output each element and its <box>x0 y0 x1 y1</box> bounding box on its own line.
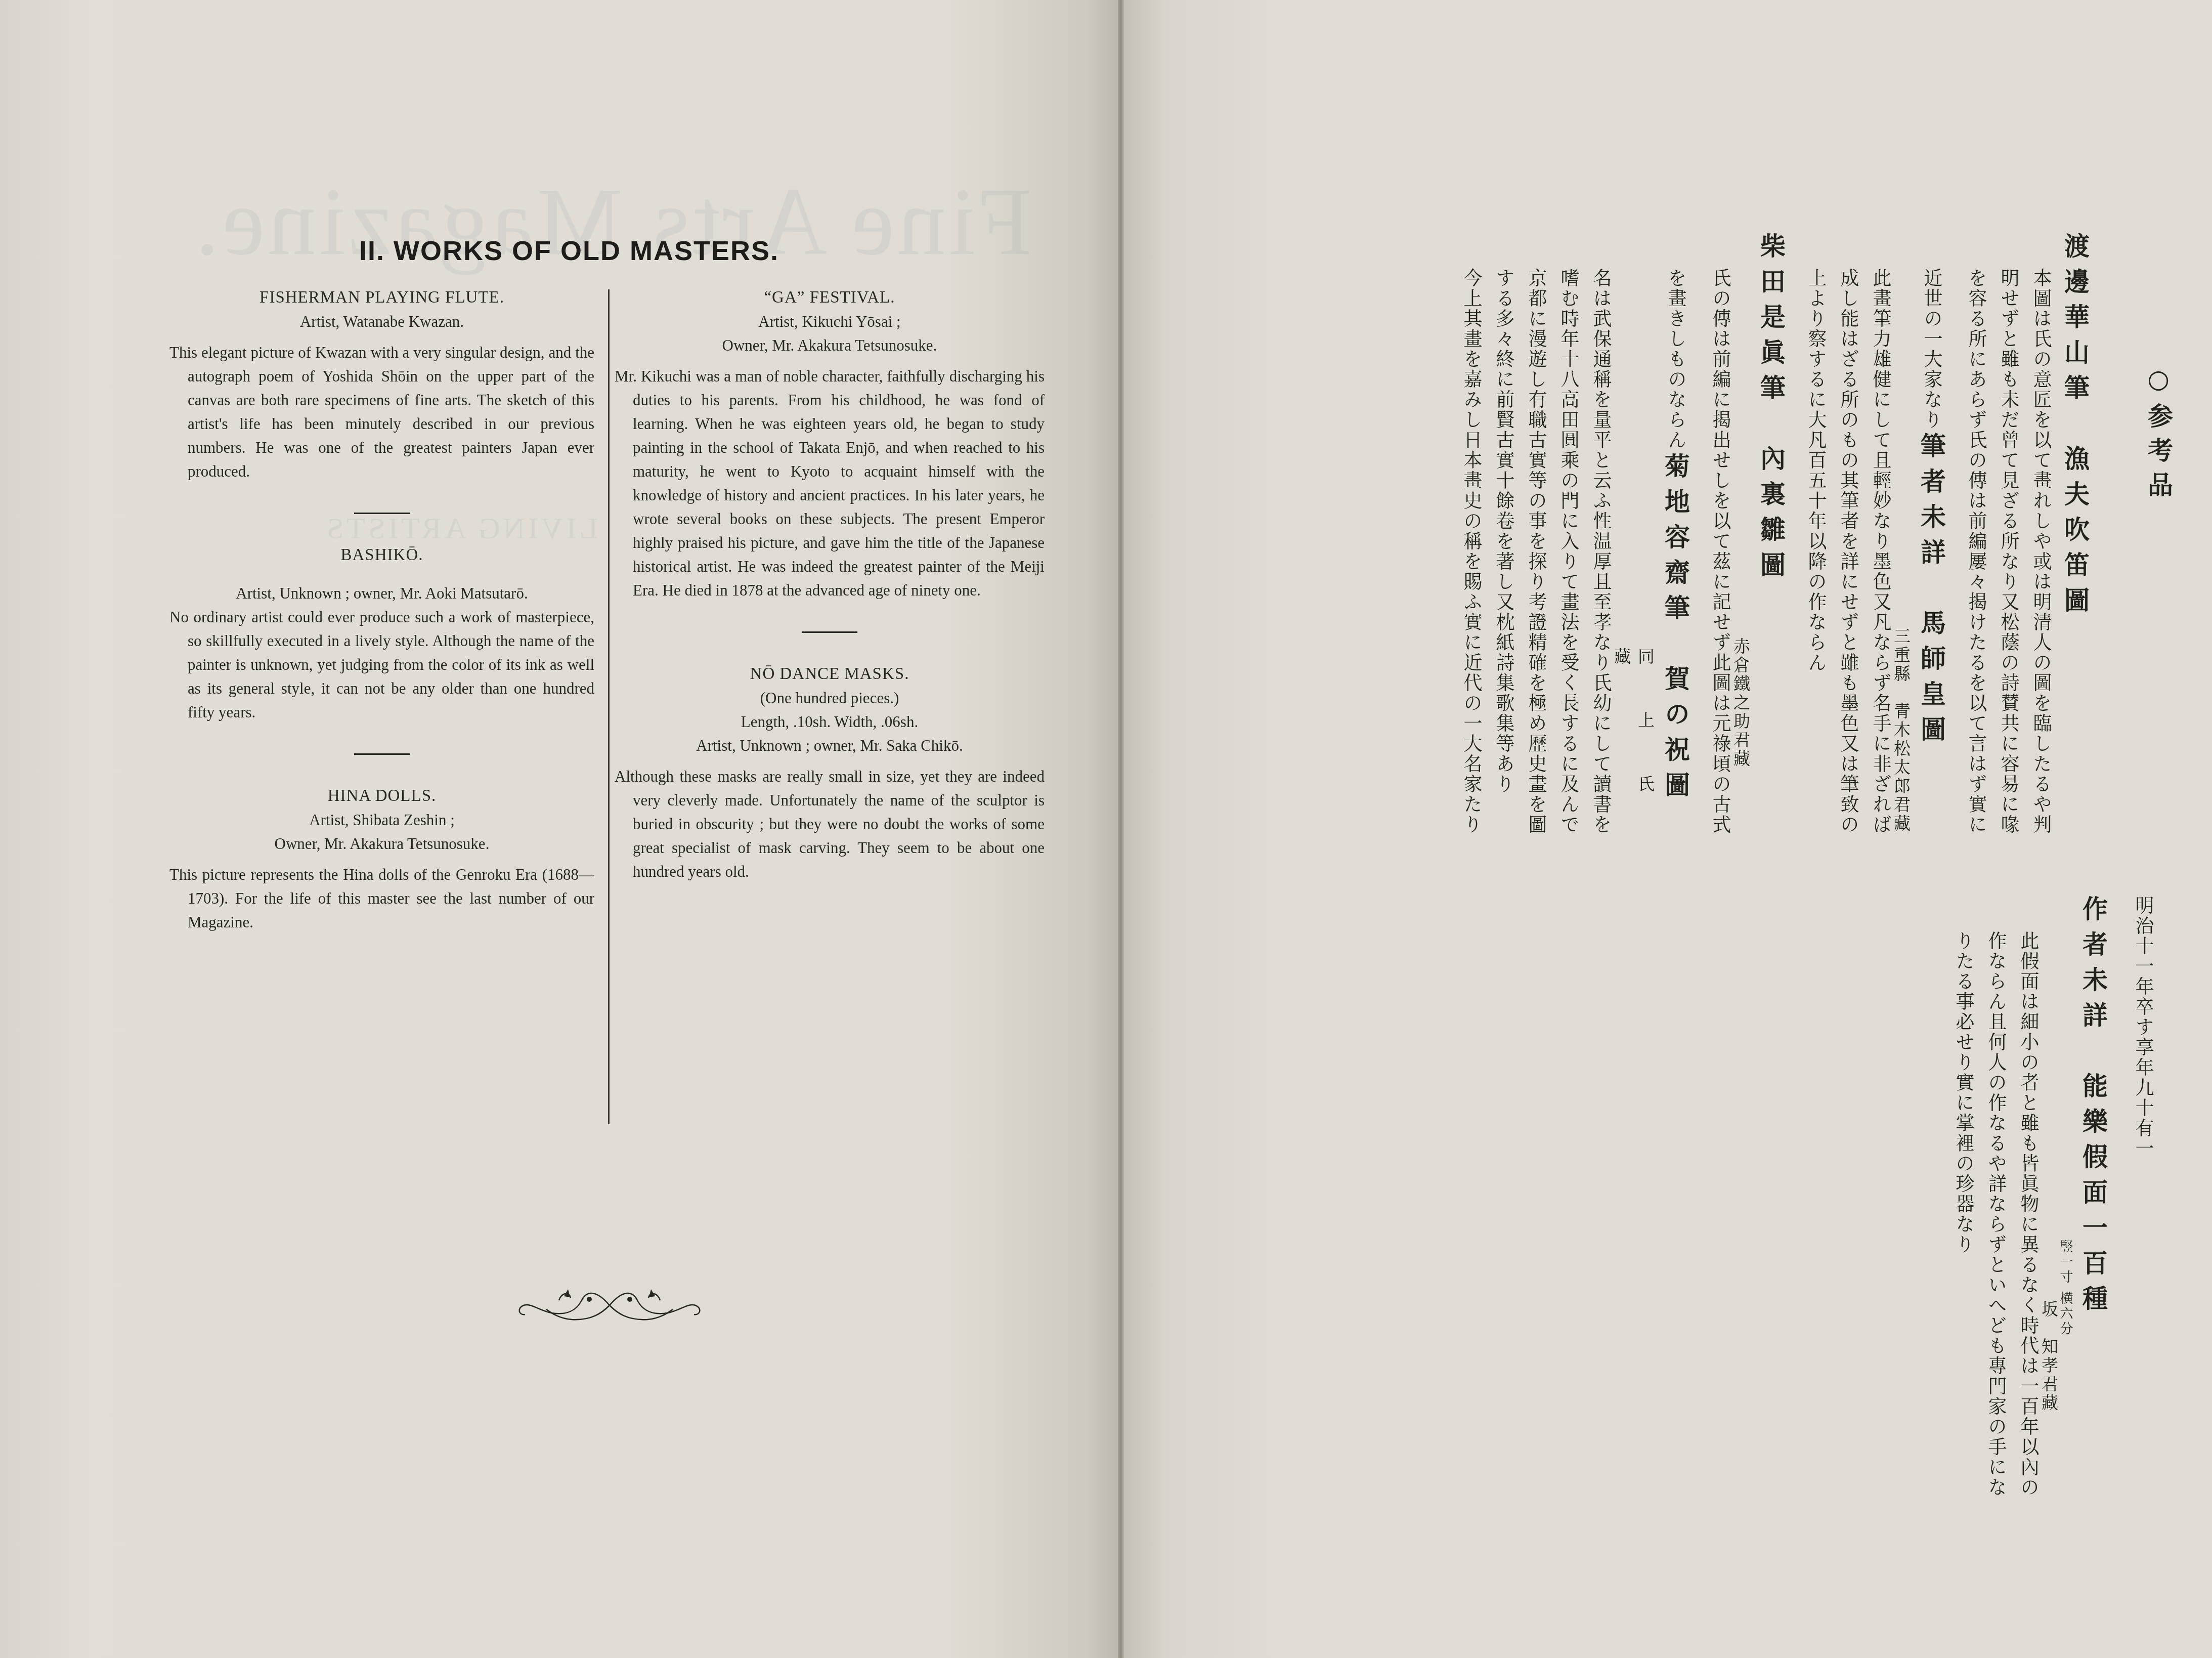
upper-text-block: 渡邊華山筆 漁夫吹笛圖 本圖は氏の意匠を以て畫れしや或は明清人の圖を臨したるや判… <box>1455 233 2093 840</box>
entry-title: FISHERMAN PLAYING FLUTE. <box>169 286 594 310</box>
item-title: 作者未詳 能樂假面一百種 <box>2075 896 2111 1321</box>
entry-dimensions: Length, .10sh. Width, .06sh. <box>615 710 1045 734</box>
entry-fisherman: FISHERMAN PLAYING FLUTE. Artist, Watanab… <box>169 286 594 483</box>
item-body-line: 此假面は細小の者と雖も皆眞物に異るなく時代は一百年以內の <box>2012 896 2044 1498</box>
item-body-line: を畫きしものならん <box>1659 233 1691 450</box>
divider-rule <box>354 513 410 514</box>
item-body-line: 近世の一大家なり <box>1915 233 1947 430</box>
entry-no-masks: NŌ DANCE MASKS. (One hundred pieces.) Le… <box>615 662 1045 883</box>
entry-title: HINA DOLLS. <box>169 784 594 808</box>
item-body-line: 上より察するに大凡百五十年以降の作ならん <box>1799 233 1832 673</box>
divider-rule <box>354 753 410 755</box>
entry-title: BASHIKŌ. <box>169 543 594 567</box>
item-body-line: 成し能はざる所のもの其筆者を詳にせずと雖も墨色又は筆致の <box>1832 233 1864 835</box>
right-page: ○参考品 渡邊華山筆 漁夫吹笛圖 本圖は氏の意匠を以て畫れしや或は明清人の圖を臨… <box>1124 0 2212 1658</box>
right-column: “GA” FESTIVAL. Artist, Kikuchi Yōsai ; O… <box>615 286 1045 883</box>
entry-artist: Artist, Shibata Zeshin ; <box>169 808 594 832</box>
item-body-line: 今上其畫を嘉みし日本畫史の稱を賜ふ實に近代の一大名家たり <box>1455 233 1487 835</box>
item-body-line: りたる事必せり實に掌裡の珍器なり <box>1947 896 1979 1255</box>
entry-body: Although these masks are really small in… <box>615 764 1045 883</box>
section-heading-jp: ○参考品 <box>2140 364 2177 506</box>
entry-quantity: (One hundred pieces.) <box>615 686 1045 710</box>
entry-title: “GA” FESTIVAL. <box>615 286 1045 310</box>
entry-body: This elegant picture of Kwazan with a ve… <box>169 341 594 483</box>
entry-artist: Artist, Watanabe Kwazan. <box>169 310 594 333</box>
item-body-line: する多々終に前賢古實十餘卷を著し又枕紙詩集歌集等あり <box>1487 233 1520 794</box>
entry-title: NŌ DANCE MASKS. <box>615 662 1045 686</box>
entry-body: Mr. Kikuchi was a man of noble character… <box>615 364 1045 602</box>
section-title: II. WORKS OF OLD MASTERS. <box>359 235 779 267</box>
entry-body: This picture represents the Hina dolls o… <box>169 863 594 934</box>
book-gutter <box>1118 0 1124 1658</box>
item-title: 菊地容齋筆 賀の祝圖 <box>1657 453 1694 807</box>
item-body-line: 作ならん且何人の作なるや詳ならずといへども專門家の手にな <box>1979 896 2012 1498</box>
entry-ga-festival: “GA” FESTIVAL. Artist, Kikuchi Yōsai ; O… <box>615 286 1045 602</box>
item-body-line: 明治十一年卒す享年九十有一 <box>2127 896 2159 1159</box>
floral-scroll-ornament-icon <box>511 1285 708 1326</box>
entry-owner: Owner, Mr. Akakura Tetsunosuke. <box>615 333 1045 357</box>
item-body-line: 明せずと雖も未だ曾て見ざる所なり又松蔭の詩賛共に容易に喙 <box>1992 233 2024 835</box>
entry-artist-owner: Artist, Unknown ; owner, Mr. Saka Chikō. <box>615 734 1045 757</box>
left-page: Fine Arts Magazine. LIVING ARTISTS II. W… <box>0 0 1118 1658</box>
entry-body: No ordinary artist could ever produce su… <box>169 605 594 724</box>
magazine-spread: Fine Arts Magazine. LIVING ARTISTS II. W… <box>0 0 2212 1658</box>
entry-hina-dolls: HINA DOLLS. Artist, Shibata Zeshin ; Own… <box>169 784 594 934</box>
divider-rule <box>802 631 857 633</box>
item-body-line: 名は武保通稱を量平と云ふ性温厚且至孝なり氏幼にして讀書を <box>1584 233 1617 835</box>
lower-text-block: 明治十一年卒す享年九十有一 作者未詳 能樂假面一百種 竪一寸 横六分 坂 知孝君… <box>1947 896 2159 1528</box>
entry-artist: Artist, Kikuchi Yōsai ; <box>615 310 1045 333</box>
column-rule <box>608 289 610 1124</box>
item-body-line: 此畫筆力雄健にして且輕妙なり墨色又凡ならず名手に非ざれば <box>1864 233 1896 835</box>
entry-artist-owner: Artist, Unknown ; owner, Mr. Aoki Matsut… <box>169 581 594 605</box>
item-body-line: を容る所にあらず氏の傳は前編屢々揭けたるを以て言はず實に <box>1960 233 1992 835</box>
left-column: FISHERMAN PLAYING FLUTE. Artist, Watanab… <box>169 286 594 934</box>
item-body-line: 本圖は氏の意匠を以て畫れしや或は明清人の圖を臨したるや判 <box>2024 233 2057 835</box>
item-title: 筆者未詳 馬師皇圖 <box>1913 433 1949 751</box>
item-title: 渡邊華山筆 漁夫吹笛圖 <box>2057 233 2093 622</box>
item-body-line: 京都に漫遊し有職古實等の事を探り考證精確を極め歷史畫を圖 <box>1520 233 1552 835</box>
entry-bashiko: BASHIKŌ. Artist, Unknown ; owner, Mr. Ao… <box>169 543 594 724</box>
entry-owner: Owner, Mr. Akakura Tetsunosuke. <box>169 832 594 856</box>
item-body-line: 氏の傳は前編に揭出せしを以て茲に記せず此圖は元祿頃の古式 <box>1704 233 1736 835</box>
item-owner: 同 上 氏 藏 <box>1610 233 1657 840</box>
item-title: 柴田是眞筆 內裏雛圖 <box>1753 233 1789 587</box>
item-body-line: 嗜む時年十八高田圓乘の門に入りて畫法を受く長するに及んで <box>1552 233 1584 835</box>
